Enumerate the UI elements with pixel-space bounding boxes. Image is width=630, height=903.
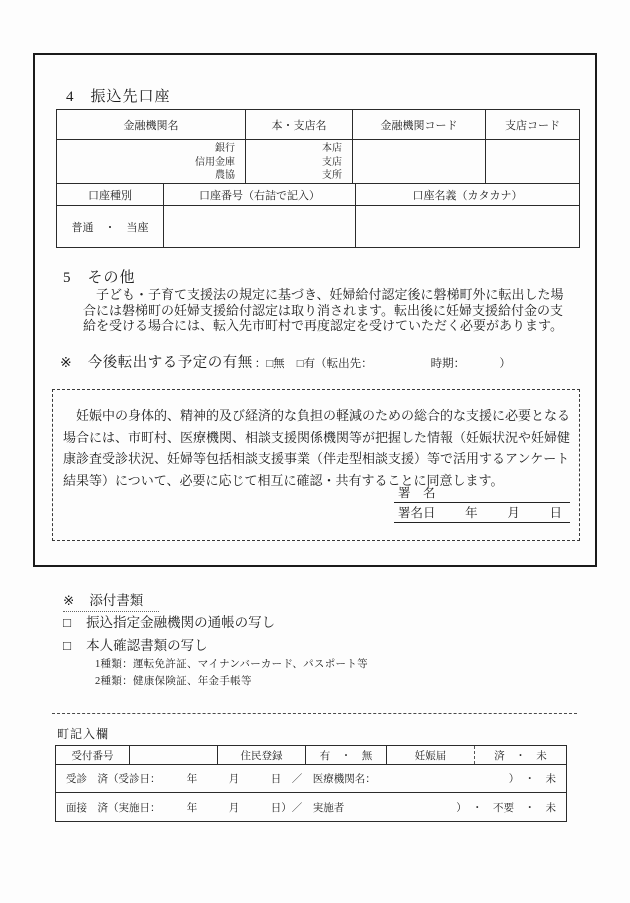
checkbox-no-moveout[interactable]: □無: [266, 358, 284, 370]
header-institution-name: 金融機関名: [57, 110, 246, 139]
table-row: 普通 ・ 当座: [57, 206, 579, 247]
institution-code-boxes: [353, 140, 486, 183]
office-use-title: 町記入欄: [57, 725, 109, 742]
consent-text: 妊娠中の身体的、精神的及び経済的な負担の軽減のための総合的な支援に必要となる 場…: [63, 405, 570, 491]
header-receipt-number: 受付番号: [56, 746, 130, 764]
exam-status-row[interactable]: 受診 済（受診日： 年 月 日 ／ 医療機関名： ） ・ 未: [56, 765, 566, 793]
year-label: 年: [465, 503, 478, 521]
table-row: 受付番号 住民登録 有 ・ 無 妊娠届 済 ・ 未: [56, 746, 566, 765]
signature-date-label: 署名日: [398, 503, 436, 521]
header-branch-name: 本・支店名: [246, 110, 353, 139]
month-label: 月: [507, 503, 520, 521]
checkbox-passbook-copy[interactable]: □: [63, 615, 71, 630]
office-use-table: 受付番号 住民登録 有 ・ 無 妊娠届 済 ・ 未 受診 済（受診日： 年 月 …: [55, 745, 567, 822]
interview-status-right: ） ・ 不要 ・ 未: [456, 800, 556, 815]
bank-account-table: 金融機関名 本・支店名 金融機関コード 支店コード 銀行 信用金庫 農協 本店 …: [56, 109, 580, 248]
application-form-page: 4 振込先口座 金融機関名 本・支店名 金融機関コード 支店コード 銀行 信用金…: [0, 0, 630, 903]
moveout-time-label: 時期：: [431, 358, 460, 370]
table-row: 口座種別 口座番号（右詰で記入） 口座名義（カタカナ）: [57, 184, 579, 206]
account-number-boxes: [164, 206, 356, 247]
moveout-label: 今後転出する予定の有無: [88, 355, 253, 371]
section5-title: 5 その他: [63, 266, 136, 287]
resident-registration-options[interactable]: 有 ・ 無: [306, 746, 387, 764]
signature-line[interactable]: 署 名: [394, 483, 570, 503]
moveout-plan-line: ※今後転出する予定の有無：□無□有（転出先：時期：）: [60, 351, 511, 372]
institution-name-input-cell[interactable]: 銀行 信用金庫 農協: [57, 140, 246, 183]
section5-paragraph: 子ども・子育て支援法の規定に基づき、妊婦給付認定後に磐梯町外に転出した場 合には…: [83, 287, 563, 334]
account-name-input-cell[interactable]: [356, 206, 579, 247]
asterisk-marker: ※: [60, 356, 72, 371]
section4-title: 4 振込先口座: [66, 85, 171, 106]
close-paren: ）: [499, 358, 511, 370]
exam-status-right: ） ・ 未: [509, 771, 556, 786]
checkbox-yes-moveout[interactable]: □有: [297, 358, 315, 370]
header-institution-code: 金融機関コード: [353, 110, 486, 139]
interview-status-left: 面接 済（実施日： 年 月 日）／ 実施者: [66, 800, 344, 815]
table-row: 銀行 信用金庫 農協 本店 支店 支所: [57, 140, 579, 184]
attachment-item-label: 本人確認書類の写し: [86, 638, 208, 653]
header-resident-registration: 住民登録: [218, 746, 306, 764]
attachment-note-2: 2種類：健康保険証、年金手帳等: [95, 673, 252, 688]
branch-code-boxes: [486, 140, 579, 183]
attachment-note-1: 1種類：運転免許証、マイナンバーカード、パスポート等: [95, 656, 368, 671]
receipt-number-input-cell[interactable]: [130, 746, 218, 764]
exam-status-left: 受診 済（受診日： 年 月 日 ／ 医療機関名：: [66, 771, 376, 786]
header-account-name: 口座名義（カタカナ）: [356, 184, 579, 205]
attachments-heading: ※添付書類: [63, 589, 159, 612]
interview-status-row[interactable]: 面接 済（実施日： 年 月 日）／ 実施者 ） ・ 不要 ・ 未: [56, 793, 566, 821]
consent-box: 妊娠中の身体的、精神的及び経済的な負担の軽減のための総合的な支援に必要となる 場…: [52, 389, 580, 541]
header-account-number: 口座番号（右詰で記入）: [164, 184, 356, 205]
header-branch-code: 支店コード: [486, 110, 579, 139]
dashed-separator: [52, 713, 577, 714]
attachment-item-label: 振込指定金融機関の通帳の写し: [86, 615, 275, 630]
attachment-item-identity: □本人確認書類の写し: [63, 634, 208, 654]
table-row: 金融機関名 本・支店名 金融機関コード 支店コード: [57, 110, 579, 140]
pregnancy-notification-options[interactable]: 済 ・ 未: [475, 746, 566, 764]
day-label: 日: [549, 503, 562, 521]
moveout-destination-label: （転出先：: [315, 358, 373, 370]
moveout-colon: ：: [255, 358, 267, 370]
attachments-heading-text: 添付書類: [89, 593, 143, 608]
account-type-options[interactable]: 普通 ・ 当座: [57, 206, 164, 247]
signature-date-line[interactable]: 署名日 年 月 日: [394, 503, 570, 523]
asterisk-marker: ※: [63, 593, 74, 608]
attachment-item-passbook: □振込指定金融機関の通帳の写し: [63, 611, 275, 631]
signature-label: 署 名: [398, 483, 436, 501]
signature-block: 署 名 署名日 年 月 日: [394, 483, 570, 523]
checkbox-identity-copy[interactable]: □: [63, 638, 71, 653]
header-account-type: 口座種別: [57, 184, 164, 205]
header-pregnancy-notification: 妊娠届: [387, 746, 475, 764]
branch-name-input-cell[interactable]: 本店 支店 支所: [246, 140, 353, 183]
